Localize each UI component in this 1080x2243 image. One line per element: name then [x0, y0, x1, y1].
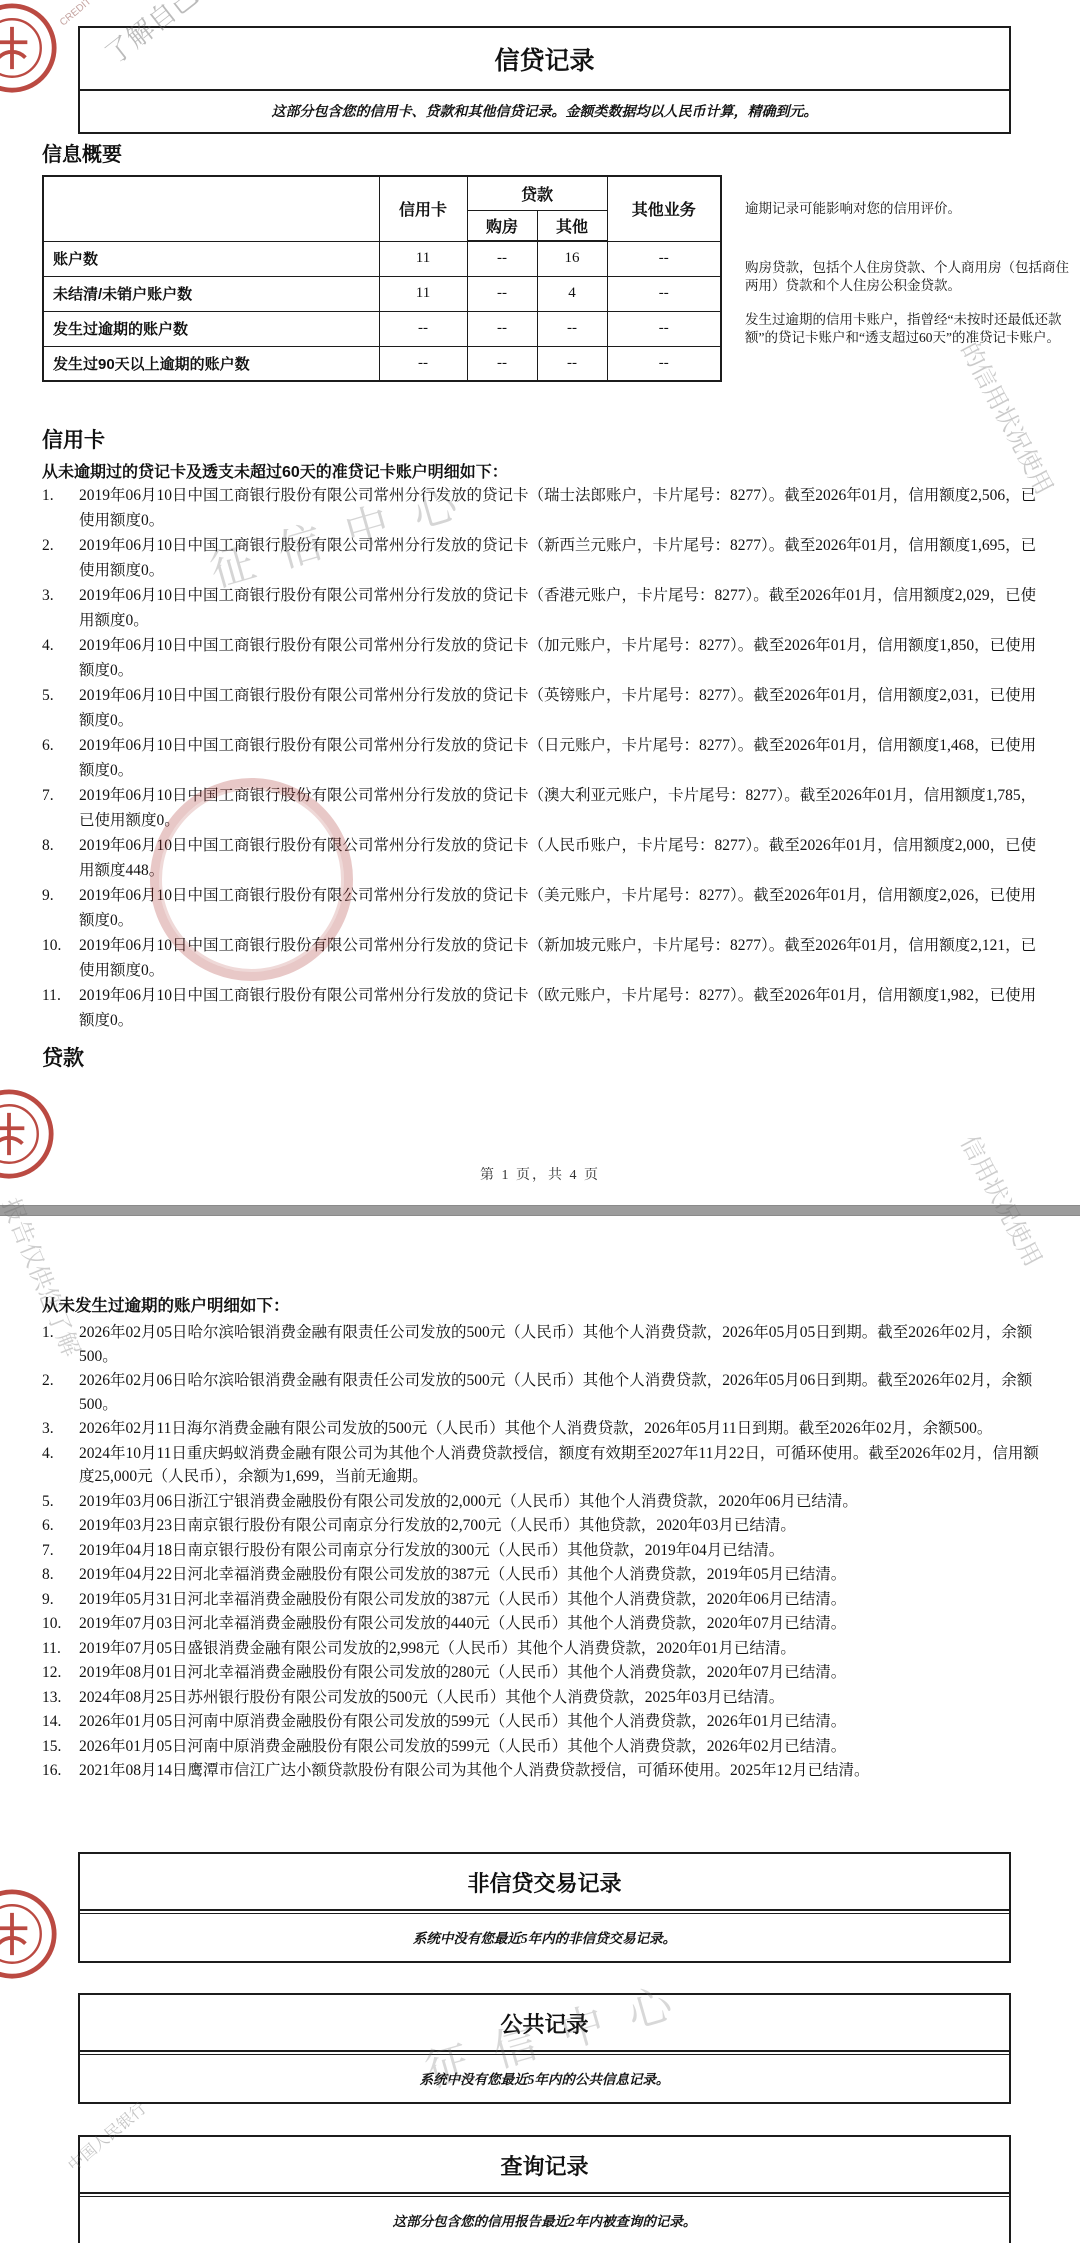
table-row: 发生过90天以上逾期的账户数 -- -- -- -- [43, 346, 721, 381]
cell-value: -- [537, 311, 607, 346]
loan-item: 2021年08月14日鹰潭市信江广达小额贷款股份有限公司为其他个人消费贷款授信，… [42, 1759, 1047, 1783]
summary-heading: 信息概要 [42, 138, 122, 167]
red-seal-stamp-icon [0, 1888, 58, 1980]
loan-item: 2019年04月18日南京银行股份有限公司南京分行发放的300元（人民币）其他贷… [42, 1539, 1047, 1563]
loan-item: 2026年02月11日海尔消费金融有限公司发放的500元（人民币）其他个人消费贷… [42, 1417, 1047, 1441]
credit-card-item: 2019年06月10日中国工商银行股份有限公司常州分行发放的贷记卡（新加坡元账户… [42, 934, 1044, 983]
cell-value: -- [467, 241, 537, 276]
credit-card-item: 2019年06月10日中国工商银行股份有限公司常州分行发放的贷记卡（美元账户，卡… [42, 884, 1044, 933]
credit-report-document: { "page1": { "header": { "title": "信贷记录"… [0, 0, 1080, 2243]
credit-card-section-heading: 信用卡 [42, 424, 105, 454]
loan-account-list: 2026年02月05日哈尔滨哈银消费金融有限责任公司发放的500元（人民币）其他… [42, 1321, 1047, 1784]
credit-card-item: 2019年06月10日中国工商银行股份有限公司常州分行发放的贷记卡（欧元账户，卡… [42, 984, 1044, 1033]
loan-section-heading: 贷款 [42, 1042, 84, 1072]
cell-value: 11 [379, 241, 467, 276]
public-record-box: 公共记录 系统中没有您最近5年内的公共信息记录。 [78, 1993, 1011, 2104]
cell-value: -- [607, 346, 721, 381]
credit-card-item: 2019年06月10日中国工商银行股份有限公司常州分行发放的贷记卡（日元账户，卡… [42, 734, 1044, 783]
loan-item: 2019年08月01日河北幸福消费金融股份有限公司发放的280元（人民币）其他个… [42, 1661, 1047, 1685]
cell-value: -- [607, 276, 721, 311]
non-credit-transaction-body: 系统中没有您最近5年内的非信贷交易记录。 [80, 1913, 1009, 1961]
row-label-overdue-accounts: 发生过逾期的账户数 [43, 311, 379, 346]
cell-value: -- [607, 241, 721, 276]
seal-ring-english-text: CREDIT REFERENCE CENTER [58, 0, 176, 28]
cell-value: -- [537, 346, 607, 381]
public-record-title: 公共记录 [80, 1995, 1009, 2052]
note-overdue-impact: 逾期记录可能影响对您的信用评价。 [745, 200, 1077, 218]
col-header-house-loan: 购房 [467, 210, 537, 241]
col-header-other-loan: 其他 [537, 210, 607, 241]
summary-side-notes: 逾期记录可能影响对您的信用评价。 购房贷款，包括个人住房贷款、个人商用房（包括商… [745, 200, 1077, 347]
loan-item: 2026年02月06日哈尔滨哈银消费金融有限责任公司发放的500元（人民币）其他… [42, 1369, 1047, 1416]
loan-item: 2019年05月31日河北幸福消费金融股份有限公司发放的387元（人民币）其他个… [42, 1588, 1047, 1612]
loan-item: 2024年10月11日重庆蚂蚁消费金融有限公司为其他个人消费贷款授信，额度有效期… [42, 1442, 1047, 1489]
table-row: 未结清/未销户账户数 11 -- 4 -- [43, 276, 721, 311]
summary-table: 信用卡 贷款 其他业务 购房 其他 账户数 11 -- 16 -- 未结清/未销… [42, 175, 722, 382]
cell-value: -- [467, 311, 537, 346]
query-record-title: 查询记录 [80, 2137, 1009, 2194]
red-seal-stamp-icon [0, 2, 58, 94]
credit-card-item: 2019年06月10日中国工商银行股份有限公司常州分行发放的贷记卡（新西兰元账户… [42, 534, 1044, 583]
credit-card-item: 2019年06月10日中国工商银行股份有限公司常州分行发放的贷记卡（人民币账户，… [42, 834, 1044, 883]
row-label-open-accounts: 未结清/未销户账户数 [43, 276, 379, 311]
cell-value: 11 [379, 276, 467, 311]
cell-value: -- [467, 346, 537, 381]
row-label-90day-overdue-accounts: 发生过90天以上逾期的账户数 [43, 346, 379, 381]
query-record-body: 这部分包含您的信用报告最近2年内被查询的记录。 [80, 2196, 1009, 2243]
table-row: 账户数 11 -- 16 -- [43, 241, 721, 276]
public-record-body: 系统中没有您最近5年内的公共信息记录。 [80, 2054, 1009, 2102]
loan-item: 2019年07月03日河北幸福消费金融股份有限公司发放的440元（人民币）其他个… [42, 1612, 1047, 1636]
credit-card-item: 2019年06月10日中国工商银行股份有限公司常州分行发放的贷记卡（香港元账户，… [42, 584, 1044, 633]
loan-item: 2019年03月23日南京银行股份有限公司南京分行发放的2,700元（人民币）其… [42, 1514, 1047, 1538]
section-title-credit-record: 信贷记录 [80, 28, 1009, 91]
page-break-divider [0, 1205, 1080, 1216]
loan-item: 2026年01月05日河南中原消费金融股份有限公司发放的599元（人民币）其他个… [42, 1735, 1047, 1759]
non-credit-transaction-box: 非信贷交易记录 系统中没有您最近5年内的非信贷交易记录。 [78, 1852, 1011, 1963]
credit-card-list-subheading: 从未逾期过的贷记卡及透支未超过60天的准贷记卡账户明细如下： [42, 459, 508, 482]
cell-value: -- [607, 311, 721, 346]
loan-item: 2019年07月05日盛银消费金融有限公司发放的2,998元（人民币）其他个人消… [42, 1637, 1047, 1661]
loan-item: 2019年03月06日浙江宁银消费金融股份有限公司发放的2,000元（人民币）其… [42, 1490, 1047, 1514]
row-label-account-count: 账户数 [43, 241, 379, 276]
non-credit-transaction-title: 非信贷交易记录 [80, 1854, 1009, 1911]
credit-card-list: 2019年06月10日中国工商银行股份有限公司常州分行发放的贷记卡（瑞士法郎账户… [42, 484, 1044, 1034]
page-number-footer: 第 1 页，共 4 页 [0, 1164, 1080, 1184]
col-header-credit-card: 信用卡 [379, 176, 467, 241]
section-subtitle-credit-record: 这部分包含您的信用卡、贷款和其他信贷记录。金额类数据均以人民币计算，精确到元。 [80, 91, 1009, 132]
note-house-loan-definition: 购房贷款，包括个人住房贷款、个人商用房（包括商住两用）贷款和个人住房公积金贷款。 [745, 259, 1077, 295]
loan-list-heading: 从未发生过逾期的账户明细如下： [42, 1292, 290, 1316]
credit-card-item: 2019年06月10日中国工商银行股份有限公司常州分行发放的贷记卡（英镑账户，卡… [42, 684, 1044, 733]
cell-value: -- [379, 346, 467, 381]
cell-value: -- [467, 276, 537, 311]
cell-value: 16 [537, 241, 607, 276]
col-header-loan-group: 贷款 [467, 176, 607, 210]
loan-item: 2026年02月05日哈尔滨哈银消费金融有限责任公司发放的500元（人民币）其他… [42, 1321, 1047, 1368]
table-corner-cell [43, 176, 379, 241]
table-row: 发生过逾期的账户数 -- -- -- -- [43, 311, 721, 346]
col-header-other-business: 其他业务 [607, 176, 721, 241]
query-record-box: 查询记录 这部分包含您的信用报告最近2年内被查询的记录。 [78, 2135, 1011, 2243]
loan-item: 2019年04月22日河北幸福消费金融股份有限公司发放的387元（人民币）其他个… [42, 1563, 1047, 1587]
note-overdue-card-definition: 发生过逾期的信用卡账户，指曾经“未按时还最低还款额”的贷记卡账户和“透支超过60… [745, 311, 1077, 347]
diagonal-watermark-text: 信用状况使用 [954, 1128, 1053, 1272]
credit-card-item: 2019年06月10日中国工商银行股份有限公司常州分行发放的贷记卡（瑞士法郎账户… [42, 484, 1044, 533]
cell-value: 4 [537, 276, 607, 311]
credit-record-title-box: 信贷记录 这部分包含您的信用卡、贷款和其他信贷记录。金额类数据均以人民币计算，精… [78, 26, 1011, 134]
loan-item: 2026年01月05日河南中原消费金融股份有限公司发放的599元（人民币）其他个… [42, 1710, 1047, 1734]
credit-card-item: 2019年06月10日中国工商银行股份有限公司常州分行发放的贷记卡（加元账户，卡… [42, 634, 1044, 683]
loan-item: 2024年08月25日苏州银行股份有限公司发放的500元（人民币）其他个人消费贷… [42, 1686, 1047, 1710]
diagonal-watermark-text: 的信用状况使用 [954, 335, 1064, 500]
cell-value: -- [379, 311, 467, 346]
credit-card-item: 2019年06月10日中国工商银行股份有限公司常州分行发放的贷记卡（澳大利亚元账… [42, 784, 1044, 833]
